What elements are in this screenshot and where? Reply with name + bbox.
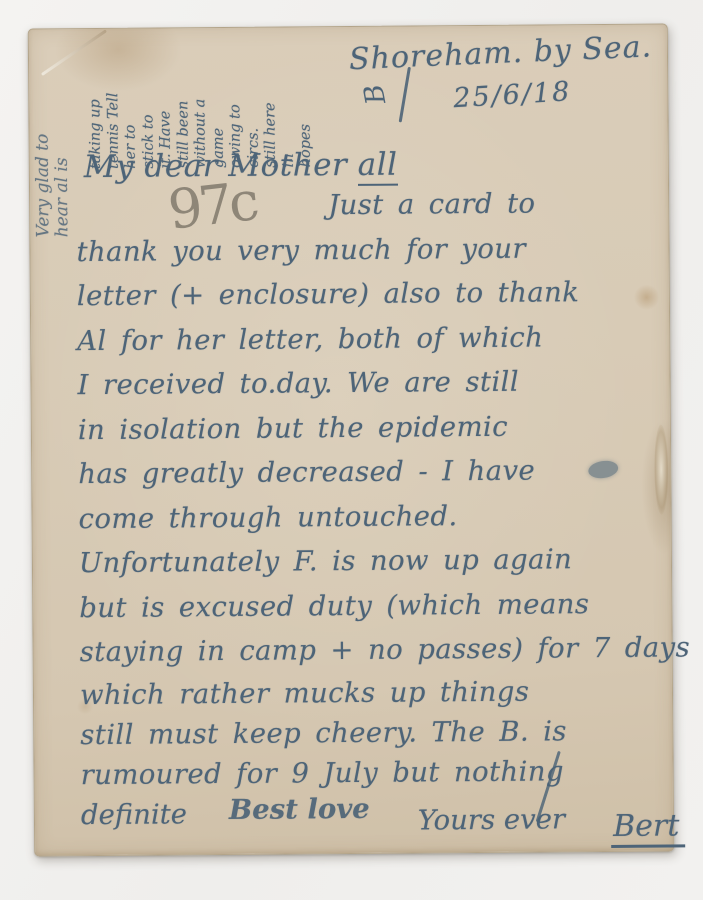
header-location: Shoreham. by Sea. (348, 29, 652, 77)
postcard: Shoreham. by Sea. 25/6/18 B Very glad to… (28, 23, 674, 856)
signature: Bert (611, 808, 686, 848)
header-date: 25/6/18 (452, 76, 572, 114)
body-line: come through untouched. (78, 492, 656, 541)
closing-word: Best love (229, 792, 370, 825)
body-line: letter (+ enclosure) also to thank (77, 270, 655, 319)
body-line: which rather mucks up things (80, 670, 658, 715)
closing-word: Yours ever (418, 803, 566, 836)
censor-mark: B (358, 82, 392, 107)
salutation-underlined-word: all (358, 147, 398, 186)
closing-word: definite (81, 798, 187, 831)
body-line: Al for her letter, both of which (77, 314, 655, 363)
body-line: still must keep cheery. The B. is (80, 710, 658, 755)
closing-line: definiteBest loveYours everBert (81, 792, 659, 832)
body-line: I received to.day. We are still (77, 359, 655, 408)
margin-note-line: Very glad to (34, 134, 54, 238)
body-line: staying in camp + no passes) for 7 days (79, 626, 657, 675)
body-line: Unfortunately F. is now up again (79, 537, 657, 586)
body-line: but is excused duty (which means (79, 581, 657, 630)
body-line: thank you very much for your (76, 225, 654, 274)
letter-body: Just a card to thank you very much for y… (76, 181, 659, 832)
body-line: has greatly decreased - I have (78, 448, 656, 497)
body-line: Just a card to (76, 181, 654, 230)
paper-crease (41, 29, 107, 76)
margin-note-outer: Very glad to hear al is (34, 133, 73, 237)
body-line: rumoured for 9 July but nothing (80, 750, 658, 795)
margin-note-line: hear al is (53, 133, 73, 237)
body-line: in isolation but the epidemic (78, 403, 656, 452)
